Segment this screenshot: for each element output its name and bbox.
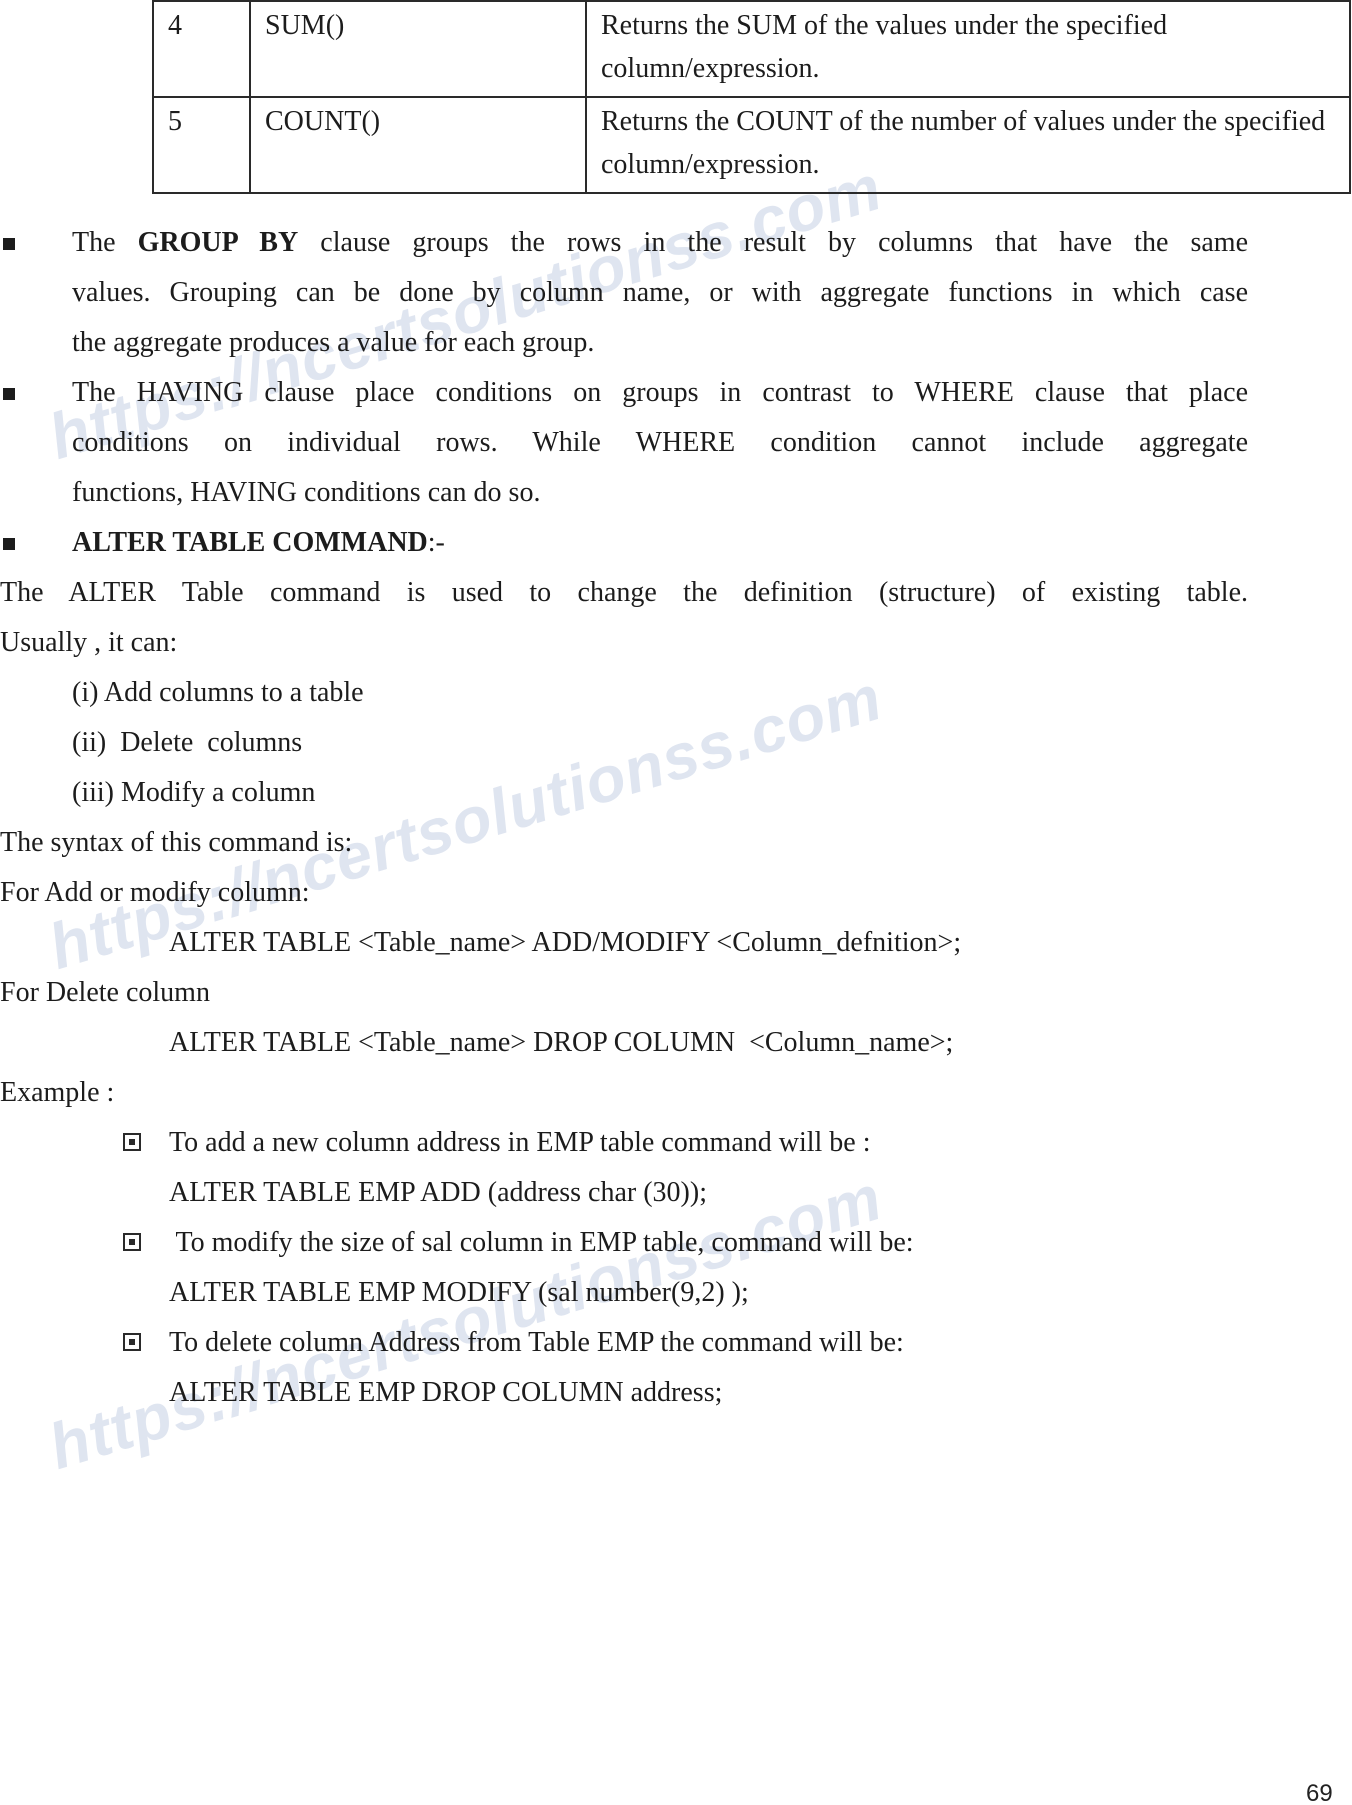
alter-intro-line-2: Usually , it can: [0, 625, 177, 661]
alter-table-heading: ALTER TABLE COMMAND:- [72, 525, 445, 561]
having-line-1: The HAVING clause place conditions on gr… [72, 375, 1248, 411]
function-description: Returns the SUM of the values under the … [586, 1, 1350, 97]
checkbox-bullet-icon [123, 1133, 141, 1151]
example-description: To add a new column address in EMP table… [169, 1125, 871, 1161]
syntax-label: The syntax of this command is: [0, 825, 352, 861]
row-number: 5 [153, 97, 250, 193]
delete-syntax: ALTER TABLE <Table_name> DROP COLUMN <Co… [169, 1025, 953, 1061]
add-modify-syntax: ALTER TABLE <Table_name> ADD/MODIFY <Col… [169, 925, 961, 961]
add-modify-label: For Add or modify column: [0, 875, 310, 911]
example-description: To modify the size of sal column in EMP … [169, 1225, 914, 1261]
square-bullet-icon [3, 388, 15, 400]
table-row: 4 SUM() Returns the SUM of the values un… [153, 1, 1350, 97]
capability-item: (i) Add columns to a table [72, 675, 364, 711]
checkbox-bullet-icon [123, 1333, 141, 1351]
function-name: COUNT() [250, 97, 586, 193]
group-by-line-2: values. Grouping can be done by column n… [72, 275, 1248, 311]
having-line-2: conditions on individual rows. While WHE… [72, 425, 1248, 461]
square-bullet-icon [3, 238, 15, 250]
aggregate-functions-table: 4 SUM() Returns the SUM of the values un… [152, 0, 1351, 194]
group-by-keyword: GROUP BY [138, 227, 299, 258]
function-name: SUM() [250, 1, 586, 97]
function-description: Returns the COUNT of the number of value… [586, 97, 1350, 193]
capability-item: (iii) Modify a column [72, 775, 315, 811]
delete-label: For Delete column [0, 975, 210, 1011]
square-bullet-icon [3, 538, 15, 550]
example-description: To delete column Address from Table EMP … [169, 1325, 904, 1361]
page-number: 69 [1306, 1780, 1333, 1805]
group-by-line-1: The GROUP BY clause groups the rows in t… [72, 225, 1248, 261]
checkbox-bullet-icon [123, 1233, 141, 1251]
example-label: Example : [0, 1075, 114, 1111]
example-command: ALTER TABLE EMP ADD (address char (30)); [169, 1175, 707, 1211]
table-row: 5 COUNT() Returns the COUNT of the numbe… [153, 97, 1350, 193]
having-line-3: functions, HAVING conditions can do so. [72, 475, 540, 511]
capability-item: (ii) Delete columns [72, 725, 302, 761]
example-command: ALTER TABLE EMP DROP COLUMN address; [169, 1375, 722, 1411]
example-command: ALTER TABLE EMP MODIFY (sal number(9,2) … [169, 1275, 749, 1311]
group-by-line-3: the aggregate produces a value for each … [72, 325, 594, 361]
row-number: 4 [153, 1, 250, 97]
alter-intro-line-1: The ALTER Table command is used to chang… [0, 575, 1248, 611]
